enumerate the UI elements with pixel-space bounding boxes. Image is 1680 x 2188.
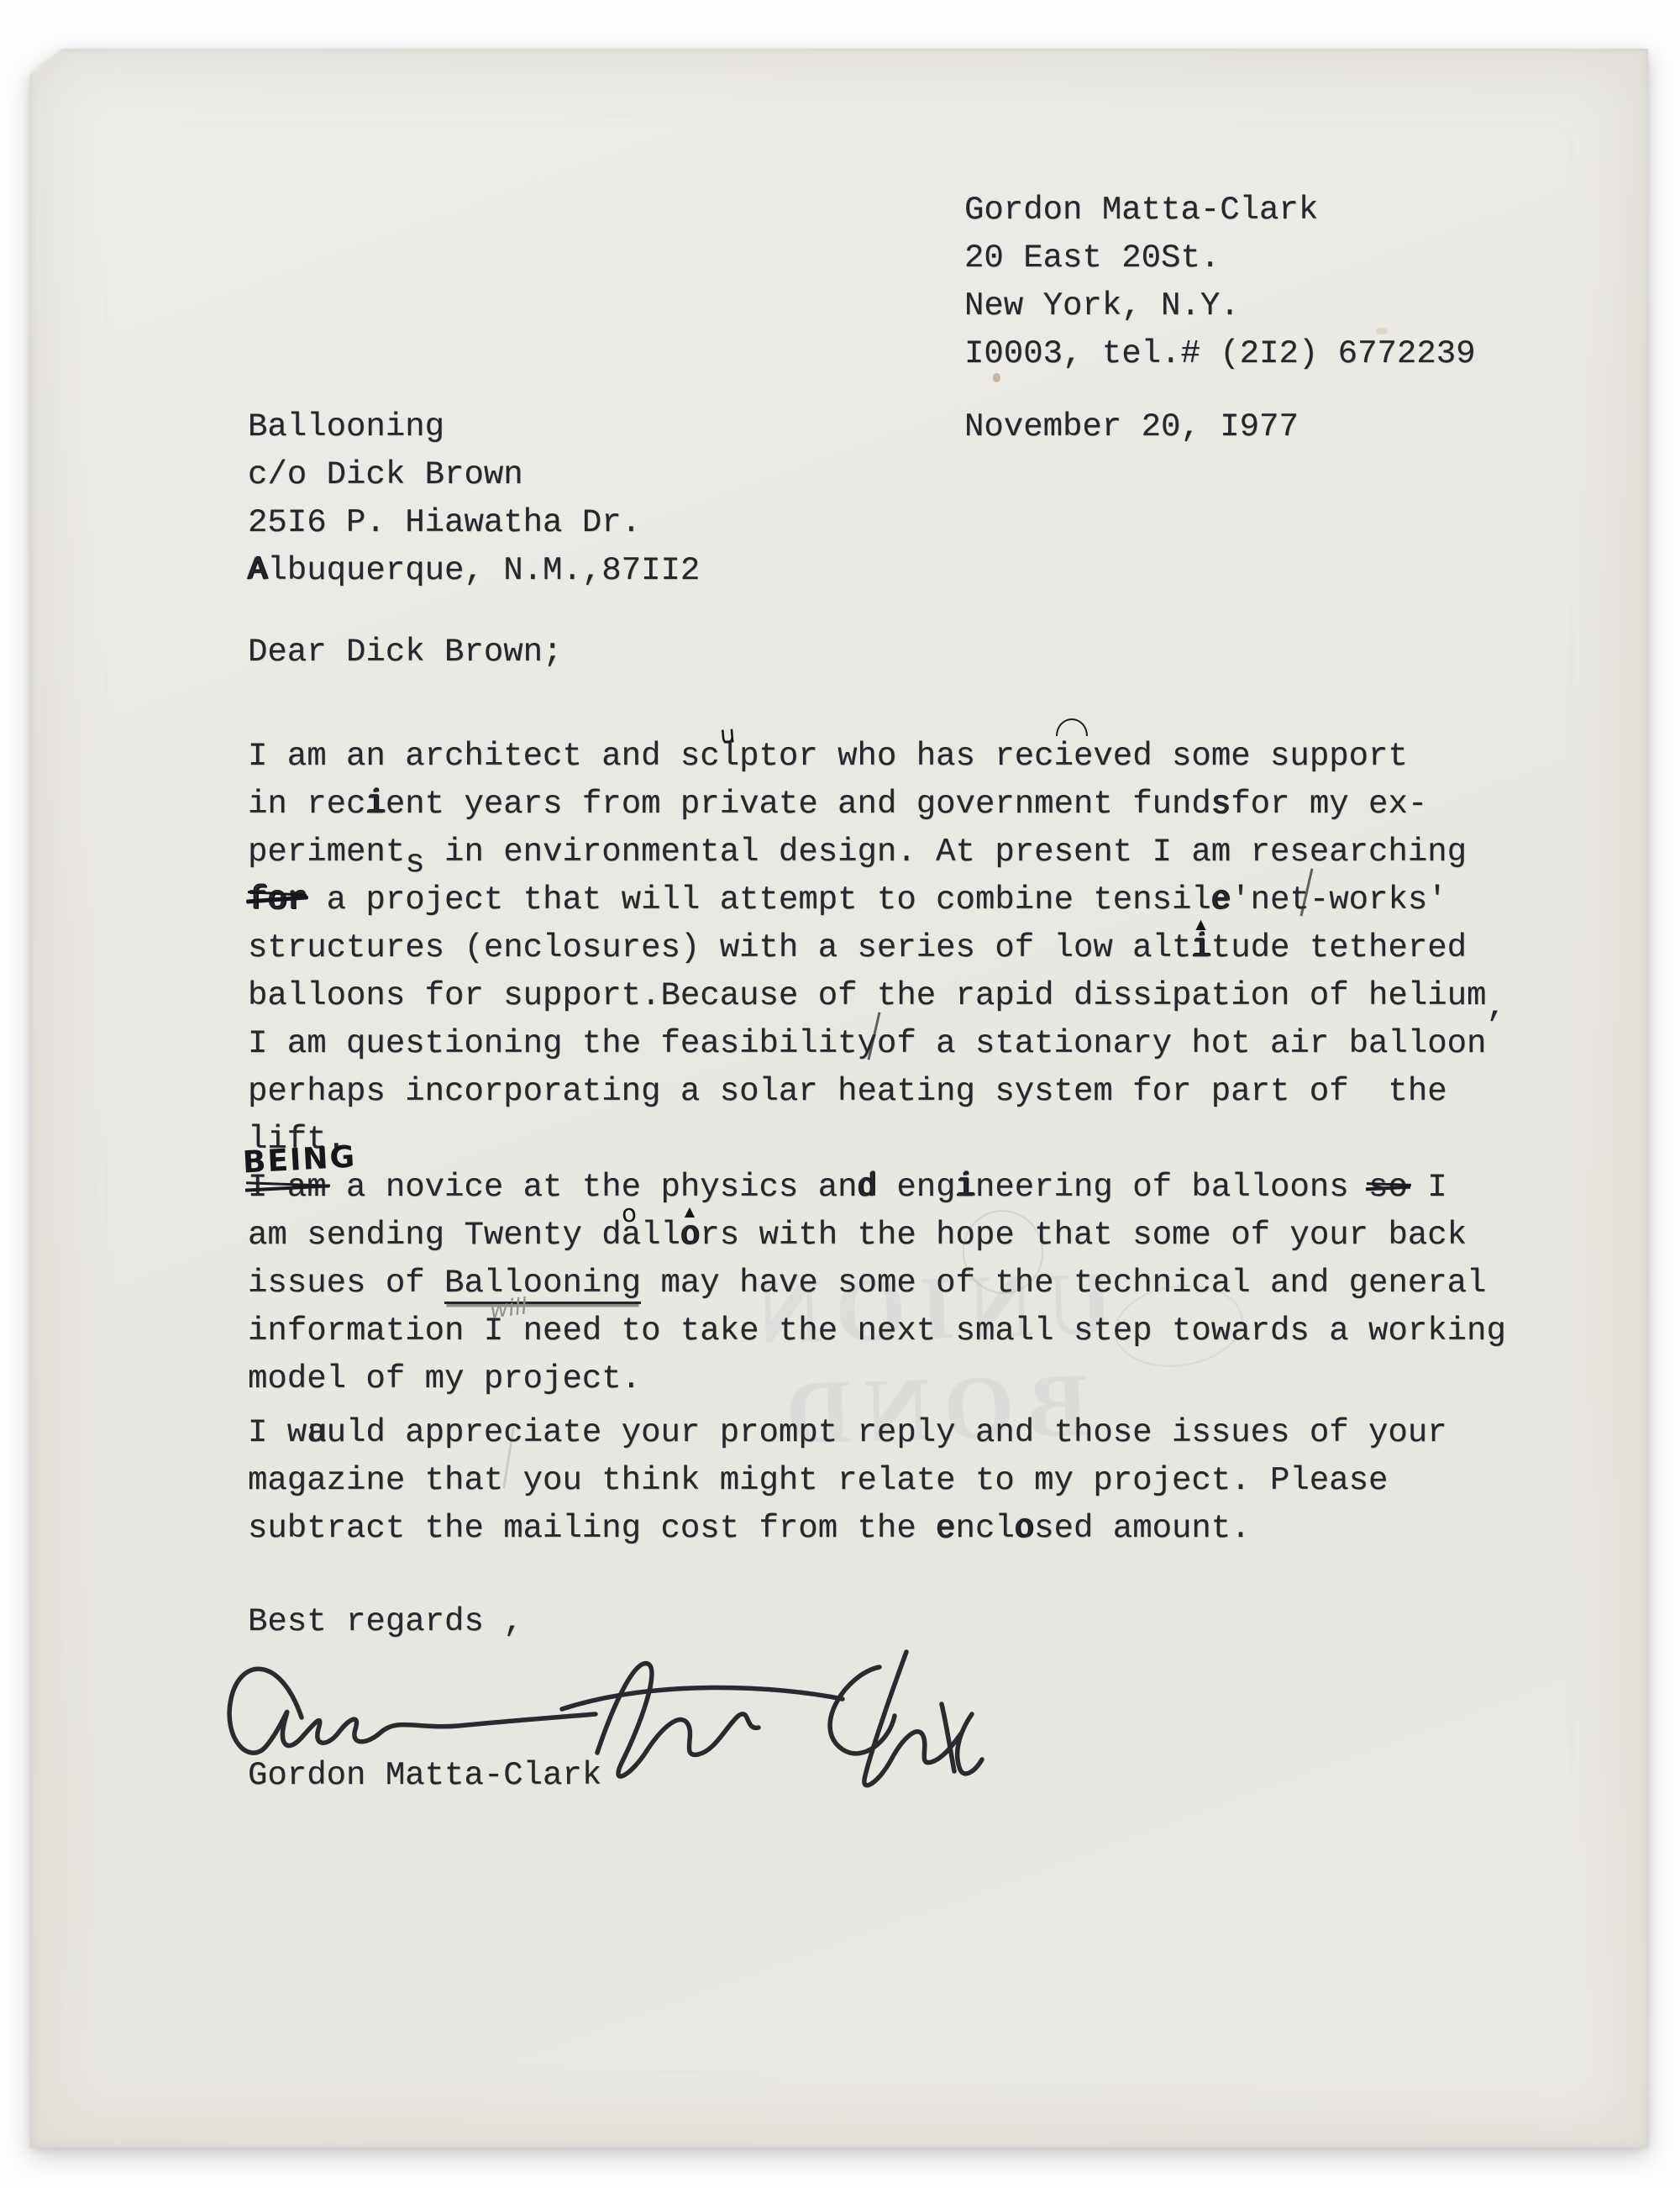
typed-line (248, 1553, 1447, 1601)
ink-spot-stain (993, 373, 1000, 382)
typed-line: I am an architect and scluptor who has r… (248, 733, 1506, 781)
typed-line: periments in environmental design. At pr… (248, 828, 1506, 876)
typed-line: c/o Dick Brown (248, 451, 700, 499)
typed-line: issues of Ballooning may have some of th… (248, 1260, 1506, 1307)
paragraph-1: I am an architect and scluptor who has r… (248, 733, 1506, 1164)
typed-line: information I willneed to take the next … (248, 1307, 1506, 1355)
typed-line: Gordon Matta-Clark (964, 187, 1476, 234)
typed-line: subtract the mailing cost from the enclo… (248, 1505, 1447, 1553)
typed-line: I am questioning the feasibilityof a sta… (248, 1020, 1506, 1068)
recipient-address: Ballooningc/o Dick Brown25I6 P. Hiawatha… (248, 403, 700, 595)
typed-line: I0003, tel.# (2I2) 6772239 (964, 330, 1476, 378)
typed-line: balloons for support.Because of the rapi… (248, 972, 1506, 1020)
paper-sheet: UNION BOND Gordon Matta-Clark20 East 20S… (30, 49, 1648, 2148)
typed-line: New York, N.Y. (964, 282, 1476, 330)
date-line: November 20, I977 (964, 403, 1299, 451)
letter-paper: UNION BOND Gordon Matta-Clark20 East 20S… (30, 49, 1648, 2148)
typed-line: for a project that will attempt to combi… (248, 876, 1506, 924)
sender-address: Gordon Matta-Clark20 East 20St.New York,… (964, 187, 1476, 378)
typed-line: perhaps incorporating a solar heating sy… (248, 1068, 1506, 1116)
typed-line: am sending Twenty daollo▲rs with the hop… (248, 1212, 1506, 1260)
paper-speck (1376, 328, 1388, 334)
paragraph-2: I amBEING a novice at the physics and en… (248, 1164, 1506, 1403)
typed-line: I amBEING a novice at the physics and en… (248, 1164, 1506, 1212)
typed-line: in recient years from private and govern… (248, 781, 1506, 828)
folded-corner (29, 66, 59, 92)
typed-line: Dear Dick Brown; (248, 629, 562, 676)
typed-line: model of my project. (248, 1355, 1506, 1403)
typed-line: November 20, I977 (964, 403, 1299, 451)
typed-line: 20 East 20St. (964, 234, 1476, 282)
typed-line: Albuquerque, N.M.,87II2 (248, 547, 700, 595)
handwritten-signature (202, 1627, 1000, 1803)
handwritten-correction: ▲ (685, 1205, 695, 1218)
typed-line: 25I6 P. Hiawatha Dr. (248, 499, 700, 547)
scanned-letter-page: UNION BOND Gordon Matta-Clark20 East 20S… (0, 0, 1680, 2188)
typed-line: Ballooning (248, 403, 700, 451)
typed-line: lift. (248, 1116, 1506, 1164)
handwritten-correction: ▲ (1195, 918, 1205, 931)
handwritten-correction: u (718, 722, 736, 747)
handwritten-correction: o (620, 1201, 637, 1226)
typed-line: structures (enclosures) with a series of… (248, 924, 1506, 972)
paragraph-3: I wauld appreciate your prompt reply and… (248, 1409, 1447, 1601)
typed-line: I wauld appreciate your prompt reply and… (248, 1409, 1447, 1457)
typed-line: magazine that you think might relate to … (248, 1457, 1447, 1505)
salutation: Dear Dick Brown; (248, 629, 562, 676)
